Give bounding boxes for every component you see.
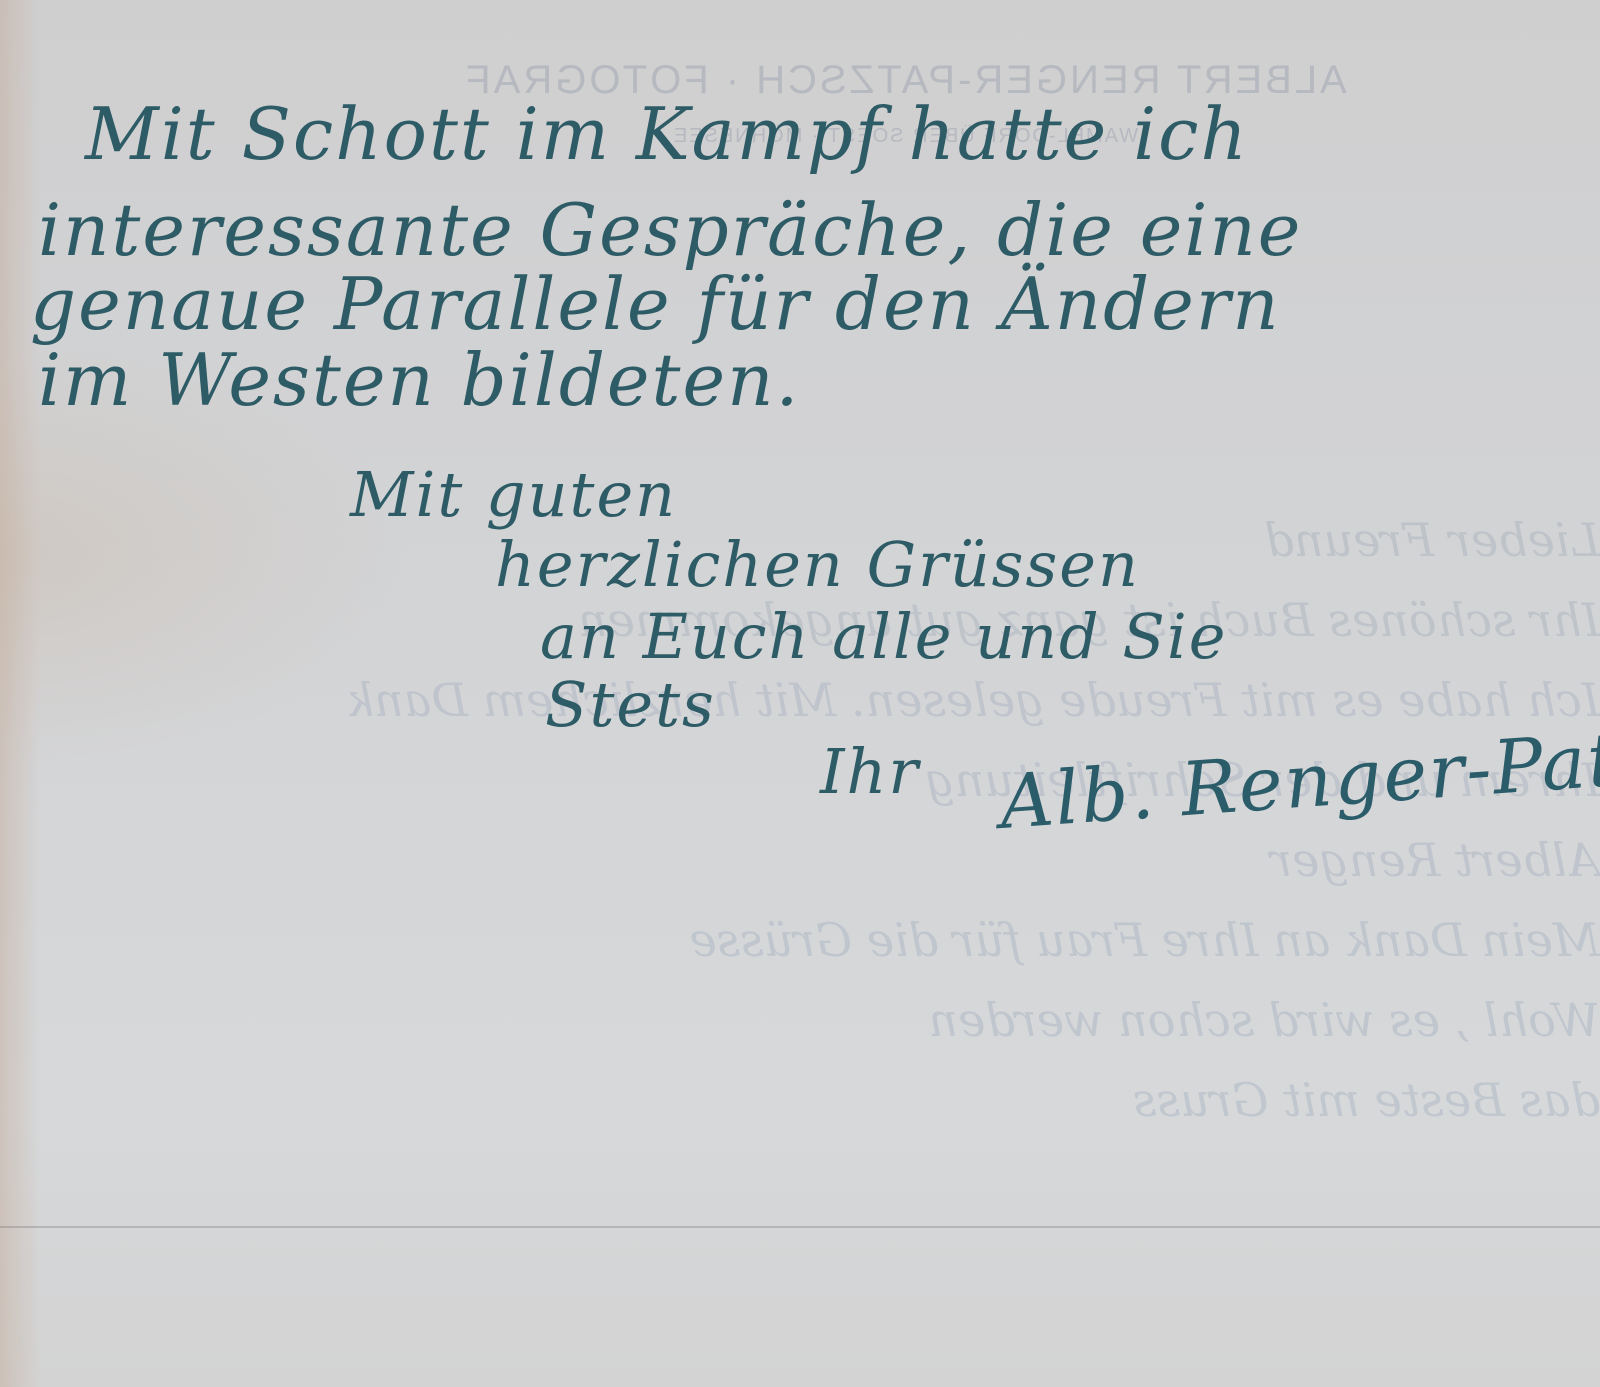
- letter-body-line-1: Mit Schott im Kampf hatte ich: [85, 92, 1249, 176]
- closing-line-4: Stets: [545, 668, 716, 741]
- letter-body-line-4: im Westen bildeten.: [38, 338, 800, 422]
- bleed-line: Albert Renger: [40, 820, 1600, 900]
- closing-line-2: herzlichen Grüssen: [495, 528, 1140, 601]
- letter-body-line-3: genaue Parallele für den Ändern: [30, 262, 1281, 346]
- signature-prefix: Ihr: [820, 735, 920, 808]
- letter-body-line-2: interessante Gespräche, die eine: [38, 188, 1302, 272]
- closing-line-3: an Euch alle und Sie: [540, 600, 1227, 673]
- paper-fold-line: [0, 1226, 1600, 1228]
- bleed-line: das Beste mit Gruss: [40, 1060, 1600, 1140]
- closing-line-1: Mit guten: [350, 458, 677, 531]
- bleed-line: Mein Dank an Ihre Frau für die Grüsse: [40, 900, 1600, 980]
- bleed-line: Wohl , es wird schon werden: [40, 980, 1600, 1060]
- paper-edge-stain: [0, 0, 40, 1387]
